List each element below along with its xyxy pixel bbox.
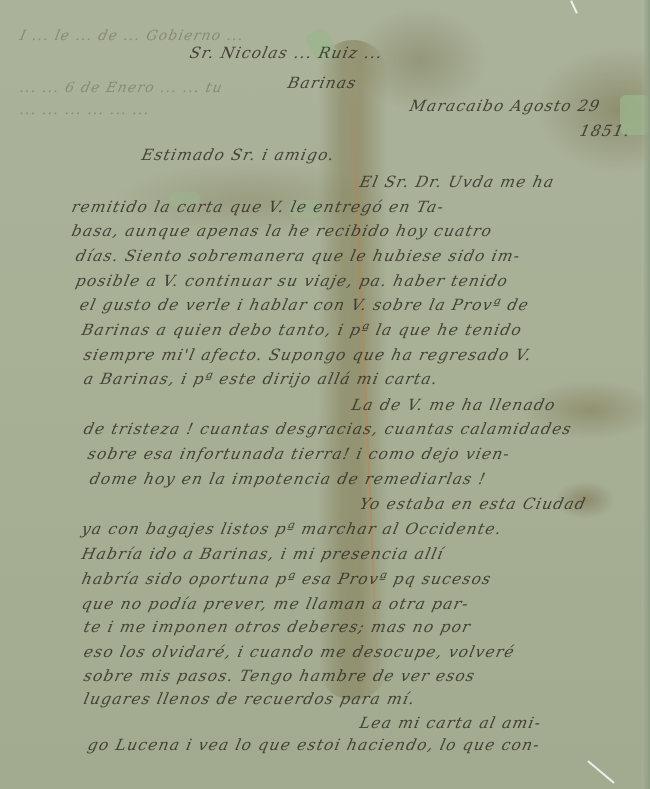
year: 1851. [578, 122, 632, 140]
body-line: La de V. me ha llenado [350, 396, 558, 414]
glare [587, 760, 614, 783]
body-line: de tristeza ! cuantas desgracias, cuanta… [82, 420, 574, 438]
body-line: sobre mis pasos. Tengo hambre de ver eso… [82, 667, 477, 685]
dateline: Maracaibo Agosto 29 [408, 97, 602, 115]
body-line: Barinas a quien debo tanto, i pª la que … [80, 321, 524, 339]
bleed-through-line: I ... le ... de ... Gobierno ... [18, 28, 245, 44]
body-line: dome hoy en la impotencia de remediarlas… [88, 470, 488, 488]
body-line: el gusto de verle i hablar con V. sobre … [78, 296, 531, 314]
body-line: siempre mi'l afecto. Supongo que ha regr… [82, 346, 533, 364]
body-line: lugares llenos de recuerdos para mí. [82, 690, 417, 708]
salutation: Estimado Sr. i amigo. [140, 146, 336, 164]
bleed-through-line: ... ... ... ... ... ... [18, 102, 151, 118]
body-line: ya con bagajes listos pª marchar al Occi… [80, 520, 504, 538]
body-line: remitido la carta que V. le entregó en T… [70, 198, 446, 216]
body-line: a Barinas, i pª este dirijo allá mi cart… [82, 370, 440, 388]
body-line: Habría ido a Barinas, i mi presencia all… [80, 545, 446, 563]
glare [570, 0, 578, 14]
page-edge [642, 0, 650, 789]
body-line: go Lucena i vea lo que estoi haciendo, l… [86, 736, 542, 754]
body-line: días. Siento sobremanera que le hubiese … [74, 247, 522, 265]
bleed-through-line: ... ... 6 de Enero ... ... tu [18, 80, 224, 96]
body-line: basa, aunque apenas la he recibido hoy c… [70, 222, 494, 240]
body-line: posible a V. continuar su viaje, pa. hab… [74, 272, 510, 290]
body-line: sobre esa infortunada tierra! i como dej… [86, 445, 512, 463]
letter-page: I ... le ... de ... Gobierno ... ... ...… [0, 0, 650, 789]
addressee: Sr. Nicolas ... Ruiz ... [188, 44, 385, 62]
body-line: te i me imponen otros deberes; mas no po… [82, 618, 473, 636]
body-line: habría sido oportuna pª esa Provª pq suc… [80, 570, 493, 588]
body-line: Lea mi carta al ami- [358, 714, 543, 732]
body-line: Yo estaba en esta Ciudad [358, 495, 588, 513]
place: Barinas [286, 74, 358, 92]
body-line: que no podía prever, me llaman a otra pa… [80, 595, 471, 613]
body-line: El Sr. Dr. Uvda me ha [358, 173, 556, 191]
body-line: eso los olvidaré, i cuando me desocupe, … [82, 643, 517, 661]
